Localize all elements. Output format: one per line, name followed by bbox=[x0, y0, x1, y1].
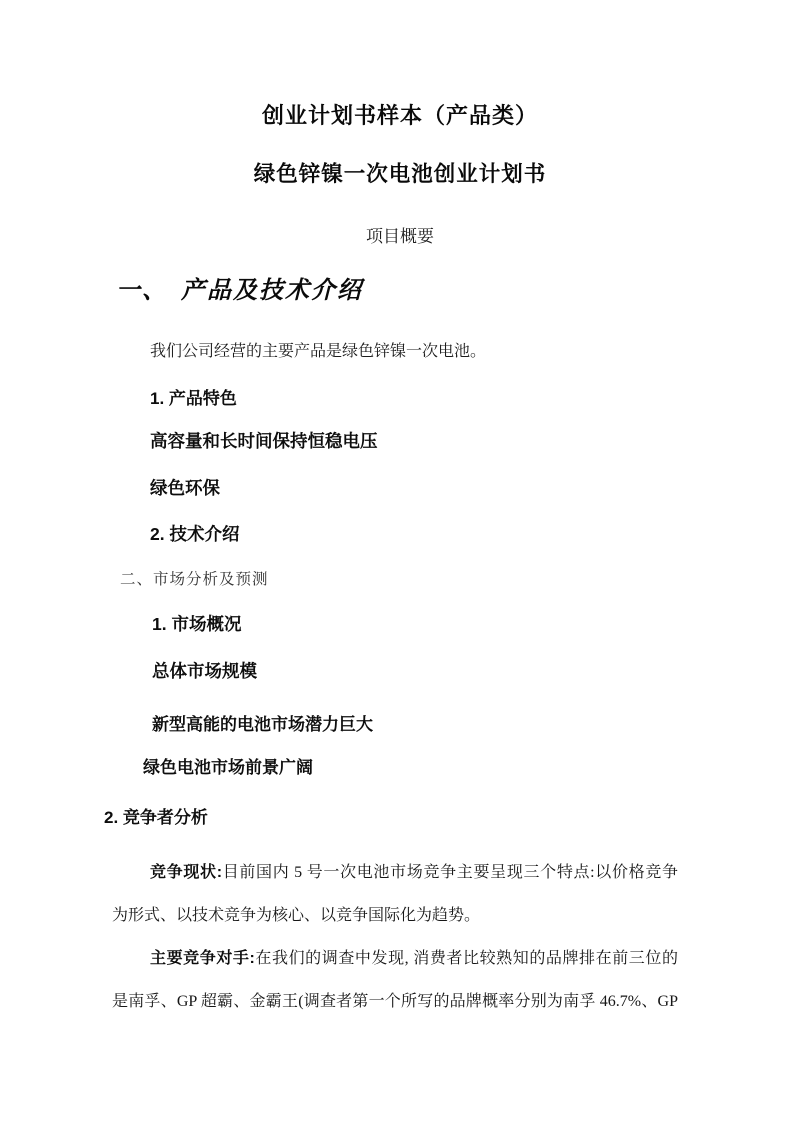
section-1-title: 产品及技术介绍 bbox=[181, 278, 363, 304]
section-1-intro-text: 我们公司经营的主要产品是绿色锌镍一次电池。 bbox=[150, 342, 486, 362]
section-1-heading: 一、产品及技术介绍 bbox=[116, 276, 363, 306]
document-title: 创业计划书样本（产品类） bbox=[0, 102, 800, 130]
competition-status-line-1-text: 目前国内 5 号一次电池市场竞争主要呈现三个特点:以价格竞争 bbox=[222, 864, 678, 881]
main-competitors-line-2: 是南孚、GP 超霸、金霸王(调查者第一个所写的品牌概率分别为南孚 46.7%、G… bbox=[112, 992, 678, 1013]
main-competitors-label: 主要竞争对手: bbox=[150, 950, 255, 967]
technology-subheading: 2. 技术介绍 bbox=[150, 524, 239, 546]
main-competitors-line-1-text: 在我们的调查中发现, 消费者比较熟知的品牌排在前三位的 bbox=[255, 950, 678, 967]
main-competitors-line-1: 主要竞争对手:在我们的调查中发现, 消费者比较熟知的品牌排在前三位的 bbox=[112, 949, 678, 970]
market-point-total-size: 总体市场规模 bbox=[152, 661, 257, 683]
competition-status-label: 竞争现状: bbox=[150, 864, 222, 881]
market-point-green-prospect: 绿色电池市场前景广阔 bbox=[143, 757, 313, 778]
overview-heading: 项目概要 bbox=[0, 226, 800, 247]
feature-capacity-voltage: 高容量和长时间保持恒稳电压 bbox=[150, 431, 378, 453]
document-page: 创业计划书样本（产品类） 绿色锌镍一次电池创业计划书 项目概要 一、产品及技术介… bbox=[0, 0, 800, 1132]
competitor-analysis-subheading: 2. 竞争者分析 bbox=[104, 807, 208, 828]
competition-status-line-2: 为形式、以技术竞争为核心、以竞争国际化为趋势。 bbox=[112, 906, 678, 927]
market-point-high-energy-potential: 新型高能的电池市场潜力巨大 bbox=[152, 714, 373, 735]
section-2-heading: 二、市场分析及预测 bbox=[120, 570, 269, 589]
section-1-numeral: 一、 bbox=[116, 278, 168, 304]
market-overview-subheading: 1. 市场概况 bbox=[152, 614, 241, 636]
product-features-subheading: 1. 产品特色 bbox=[150, 388, 237, 409]
feature-eco-friendly: 绿色环保 bbox=[150, 478, 220, 500]
document-subtitle: 绿色锌镍一次电池创业计划书 bbox=[0, 161, 800, 188]
competition-status-line-1: 竞争现状:目前国内 5 号一次电池市场竞争主要呈现三个特点:以价格竞争 bbox=[112, 863, 678, 884]
